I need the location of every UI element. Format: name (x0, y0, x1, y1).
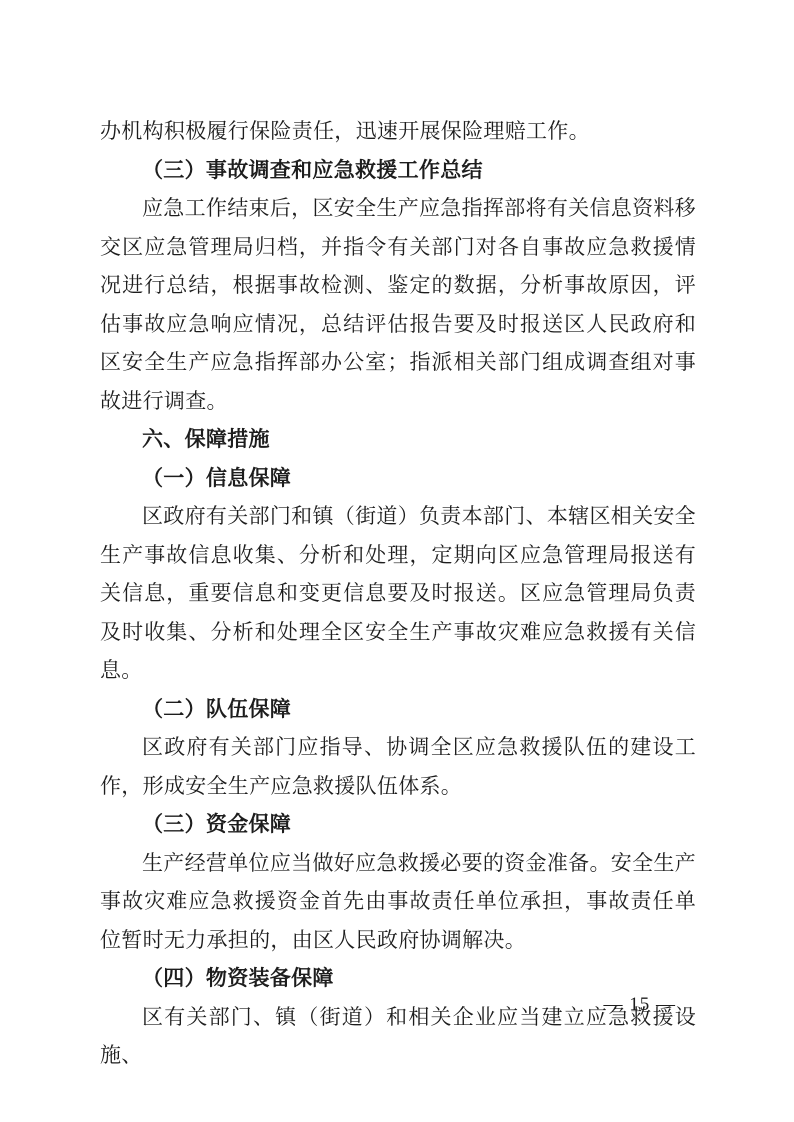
page-number: — 15 — (604, 986, 677, 1025)
section-heading-accident-investigation: （三）事故调查和应急救援工作总结 (100, 151, 696, 190)
paragraph: 生产经营单位应当做好应急救援必要的资金准备。安全生产事故灾难应急救援资金首先由事… (100, 844, 696, 960)
document-page: { "document": { "blocks": [ { "type": "p… (0, 0, 794, 1122)
paragraph: 区政府有关部门和镇（街道）负责本部门、本辖区相关安全生产事故信息收集、分析和处理… (100, 497, 696, 690)
section-heading-information-safeguard: （一）信息保障 (100, 459, 696, 498)
paragraph: 区政府有关部门应指导、协调全区应急救援队伍的建设工作，形成安全生产应急救援队伍体… (100, 728, 696, 805)
paragraph: 应急工作结束后，区安全生产应急指挥部将有关信息资料移交区应急管理局归档，并指令有… (100, 189, 696, 420)
chapter-heading-safeguard-measures: 六、保障措施 (100, 420, 696, 459)
paragraph-continuation: 办机构积极履行保险责任，迅速开展保险理赔工作。 (100, 112, 696, 151)
section-heading-team-safeguard: （二）队伍保障 (100, 690, 696, 729)
document-body: 办机构积极履行保险责任，迅速开展保险理赔工作。 （三）事故调查和应急救援工作总结… (100, 112, 696, 1075)
section-heading-fund-safeguard: （三）资金保障 (100, 805, 696, 844)
